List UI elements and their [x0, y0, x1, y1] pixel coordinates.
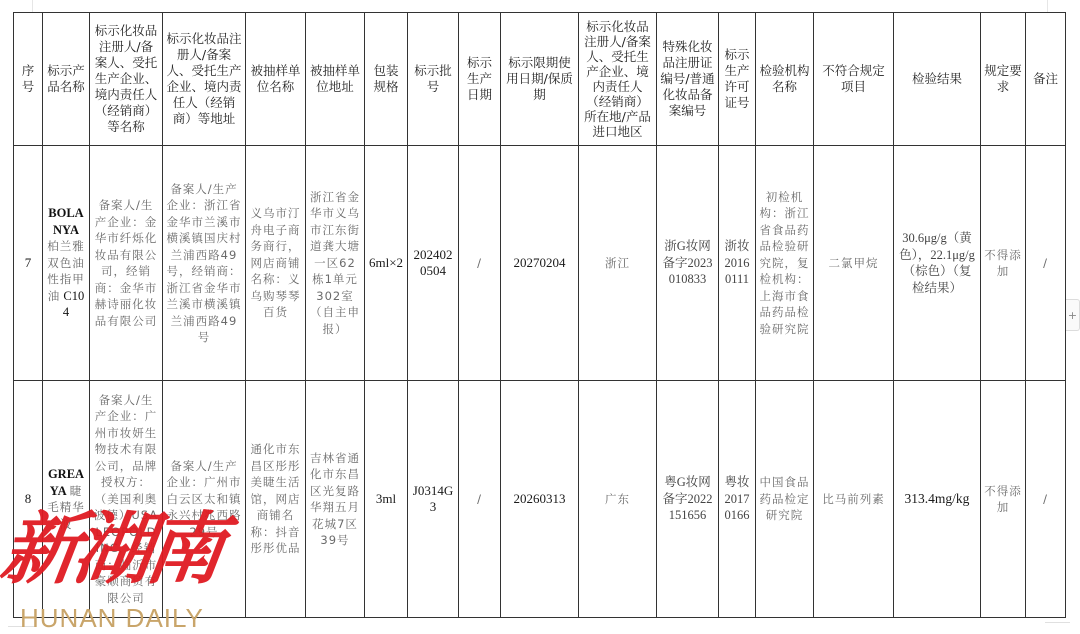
- add-column-button[interactable]: +: [1066, 299, 1080, 331]
- cell-company-name: 备案人/生产企业：广州市妆妍生物技术有限公司，品牌授权方：（美国利奥波德）USA…: [90, 381, 163, 618]
- cell-nonconforming-item: 二氯甲烷: [814, 146, 894, 381]
- header-filing-number: 特殊化妆品注册证编号/普通化妆品备案编号: [657, 13, 719, 146]
- header-seq: 序号: [14, 13, 43, 146]
- header-sampled-unit-name: 被抽样单位名称: [246, 13, 306, 146]
- cell-filing-number: 浙G妆网备字2023010833: [657, 146, 719, 381]
- header-remark: 备注: [1026, 13, 1066, 146]
- cell-company-name: 备案人/生产企业：金华市纤烁化妆品有限公司，经销商：金华市赫诗丽化妆品有限公司: [90, 146, 163, 381]
- cell-testing-agency: 中国食品药品检定研究院: [756, 381, 814, 618]
- cell-sampled-unit-address: 浙江省金华市义乌市江东街道龚大塘一区62栋1单元302室（自主申报）: [306, 146, 365, 381]
- header-product-name: 标示产品名称: [43, 13, 90, 146]
- header-requirement: 规定要求: [981, 13, 1026, 146]
- cell-batch: 2024020504: [408, 146, 459, 381]
- cell-package: 6ml×2: [365, 146, 408, 381]
- cell-package: 3ml: [365, 381, 408, 618]
- cell-production-date: /: [459, 146, 501, 381]
- cell-expiry: 20270204: [501, 146, 579, 381]
- cell-license-number: 浙妆20160111: [719, 146, 756, 381]
- cell-production-date: /: [459, 381, 501, 618]
- header-testing-agency: 检验机构名称: [756, 13, 814, 146]
- cell-result: 30.6μg/g（黄色），22.1μg/g（棕色）（复检结果）: [894, 146, 981, 381]
- header-company-address: 标示化妆品注册人/备案人、受托生产企业、境内责任人（经销商）等地址: [163, 13, 246, 146]
- cell-company-address: 备案人/生产企业：浙江省金华市兰溪市横溪镇国庆村兰浦西路49号，经销商：浙江省金…: [163, 146, 246, 381]
- page-edge: [1045, 622, 1070, 623]
- page-edge: [8, 626, 36, 627]
- cell-nonconforming-item: 比马前列素: [814, 381, 894, 618]
- table-row: 7 BOLANYA 柏兰雅双色油性指甲油 C104 备案人/生产企业：金华市纤烁…: [14, 146, 1066, 381]
- cell-license-number: 粤妆20170166: [719, 381, 756, 618]
- header-package: 包装规格: [365, 13, 408, 146]
- cell-remark: /: [1026, 146, 1066, 381]
- header-production-date: 标示生产日期: [459, 13, 501, 146]
- cell-sampled-unit-name: 义乌市汀舟电子商务商行，网店商铺名称：义乌购琴琴百货: [246, 146, 306, 381]
- page-edge: [32, 0, 33, 12]
- header-expiry: 标示限期使用日期/保质期: [501, 13, 579, 146]
- header-row: 序号 标示产品名称 标示化妆品注册人/备案人、受托生产企业、境内责任人（经销商）…: [14, 13, 1066, 146]
- cell-origin-region: 广东: [579, 381, 657, 618]
- cell-sampled-unit-name: 通化市东昌区彤彤美睫生活馆，网店商铺名称：抖音彤彤优品: [246, 381, 306, 618]
- cell-seq: 8: [14, 381, 43, 618]
- product-code: C104: [63, 289, 84, 320]
- header-result: 检验结果: [894, 13, 981, 146]
- header-nonconforming-item: 不符合规定项目: [814, 13, 894, 146]
- product-name-en: BOLANYA: [48, 206, 83, 237]
- header-batch: 标示批号: [408, 13, 459, 146]
- cell-seq: 7: [14, 146, 43, 381]
- cell-origin-region: 浙江: [579, 146, 657, 381]
- cell-result: 313.4mg/kg: [894, 381, 981, 618]
- cell-filing-number: 粤G妆网备字2022151656: [657, 381, 719, 618]
- sampling-results-table: 序号 标示产品名称 标示化妆品注册人/备案人、受托生产企业、境内责任人（经销商）…: [13, 12, 1066, 618]
- cell-company-address: 备案人/生产企业：广州市白云区太和镇永兴村兆西路29号: [163, 381, 246, 618]
- cell-remark: /: [1026, 381, 1066, 618]
- cell-requirement: 不得添加: [981, 381, 1026, 618]
- cell-expiry: 20260313: [501, 381, 579, 618]
- header-origin-region: 标示化妆品注册人/备案人、受托生产企业、境内责任人（经销商）所在地/产品进口地区: [579, 13, 657, 146]
- cell-batch: J0314G3: [408, 381, 459, 618]
- cell-requirement: 不得添加: [981, 146, 1026, 381]
- header-sampled-unit-address: 被抽样单位地址: [306, 13, 365, 146]
- cell-product-name: BOLANYA 柏兰雅双色油性指甲油 C104: [43, 146, 90, 381]
- cell-product-name: GREAYA 睫毛精华液: [43, 381, 90, 618]
- page-edge: [1047, 0, 1048, 12]
- header-license-number: 标示生产许可证号: [719, 13, 756, 146]
- table-row: 8 GREAYA 睫毛精华液 备案人/生产企业：广州市妆妍生物技术有限公司，品牌…: [14, 381, 1066, 618]
- cell-sampled-unit-address: 吉林省通化市东昌区光复路华翔五月花城7区39号: [306, 381, 365, 618]
- cell-testing-agency: 初检机构：浙江省食品药品检验研究院，复检机构：上海市食品药品检验研究院: [756, 146, 814, 381]
- header-company-name: 标示化妆品注册人/备案人、受托生产企业、境内责任人（经销商）等名称: [90, 13, 163, 146]
